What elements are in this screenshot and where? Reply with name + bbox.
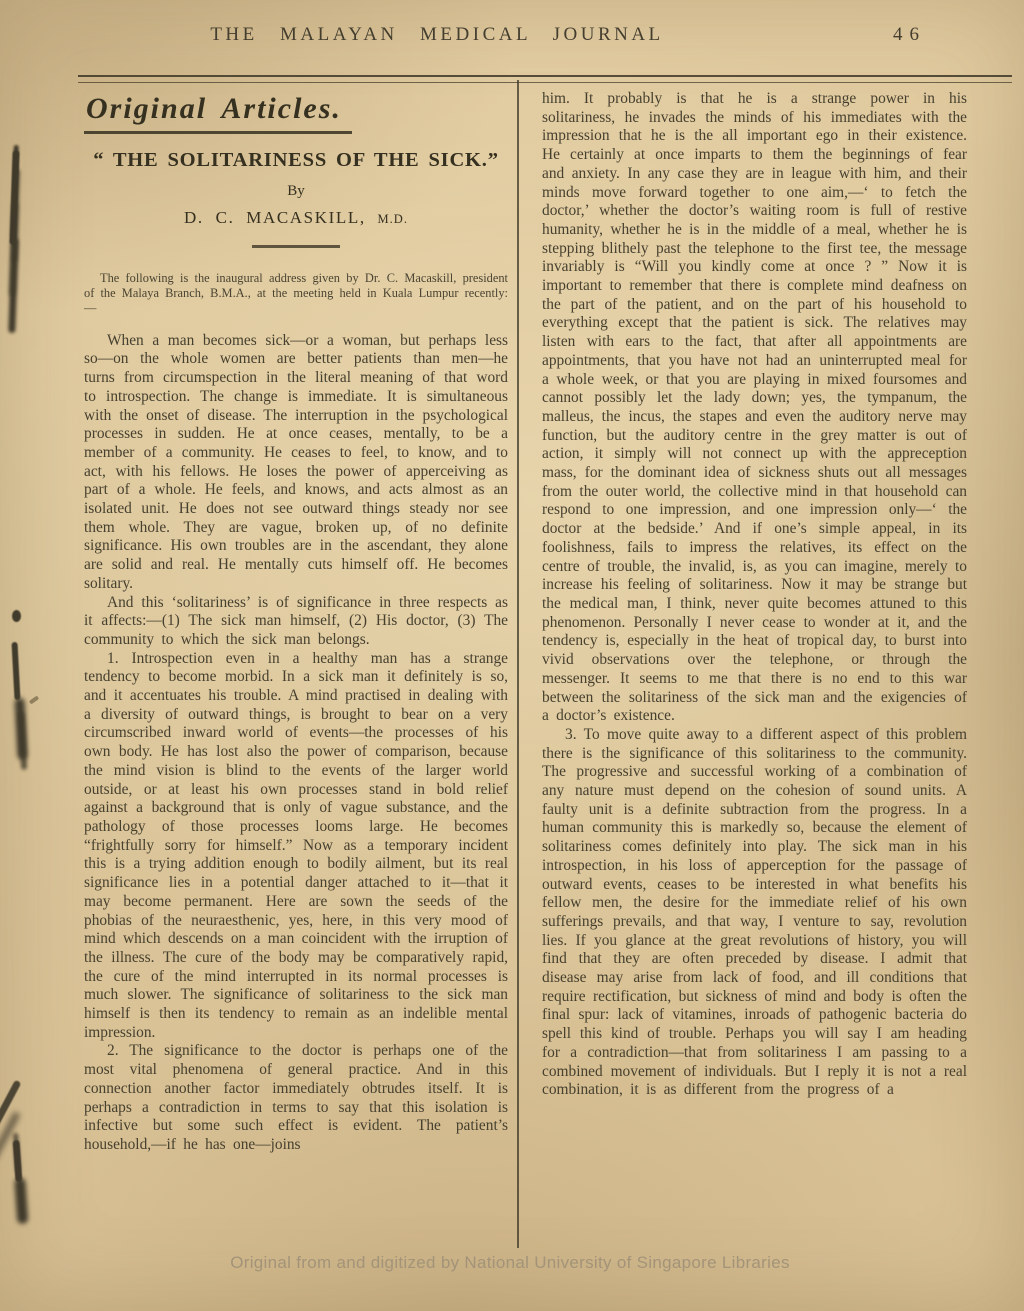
byline-label: By [84,183,508,200]
page-number: 46 [893,24,926,46]
column-divider-rule [517,80,519,1248]
header-rule [78,75,1012,83]
paragraph-point-1: 1. Introspection even in a healthy man h… [84,650,508,1043]
paragraph-point-2-continued: him. It probably is that he is a strange… [542,90,967,726]
pen-mark [29,695,39,704]
paragraph-point-3: 3. To move quite away to a different asp… [542,726,967,1100]
binding-ink-mark [12,610,21,622]
page-header: THE MALAYAN MEDICAL JOURNAL 46 [0,24,1024,58]
binding-ink-mark [0,1080,22,1132]
digitization-watermark: Original from and digitized by National … [0,1253,1020,1273]
journal-title: THE MALAYAN MEDICAL JOURNAL [0,24,874,46]
binding-ink-mark [9,150,19,245]
article-title: “ THE SOLITARINESS OF THE SICK.” [84,149,508,172]
paragraph-point-2: 2. The significance to the doctor is per… [84,1042,508,1154]
binding-ink-mark [11,642,20,700]
author-degree: M.D. [378,212,408,226]
scanned-journal-page: THE MALAYAN MEDICAL JOURNAL 46 Original … [0,0,1024,1311]
paragraph-intro: When a man becomes sick—or a woman, but … [84,332,508,594]
paragraph-significance-list: And this ‘solitariness’ is of significan… [84,594,508,650]
author-line: D. C. MACASKILL, M.D. [84,208,508,228]
binding-ink-mark [13,1140,23,1182]
right-column: him. It probably is that he is a strange… [542,90,967,1100]
editorial-note: The following is the inaugural address g… [84,271,508,317]
section-heading: Original Articles. [84,92,352,134]
author-name: D. C. MACASKILL, [184,208,366,227]
title-rule [252,245,340,248]
left-column: Original Articles. “ THE SOLITARINESS OF… [84,92,508,1155]
